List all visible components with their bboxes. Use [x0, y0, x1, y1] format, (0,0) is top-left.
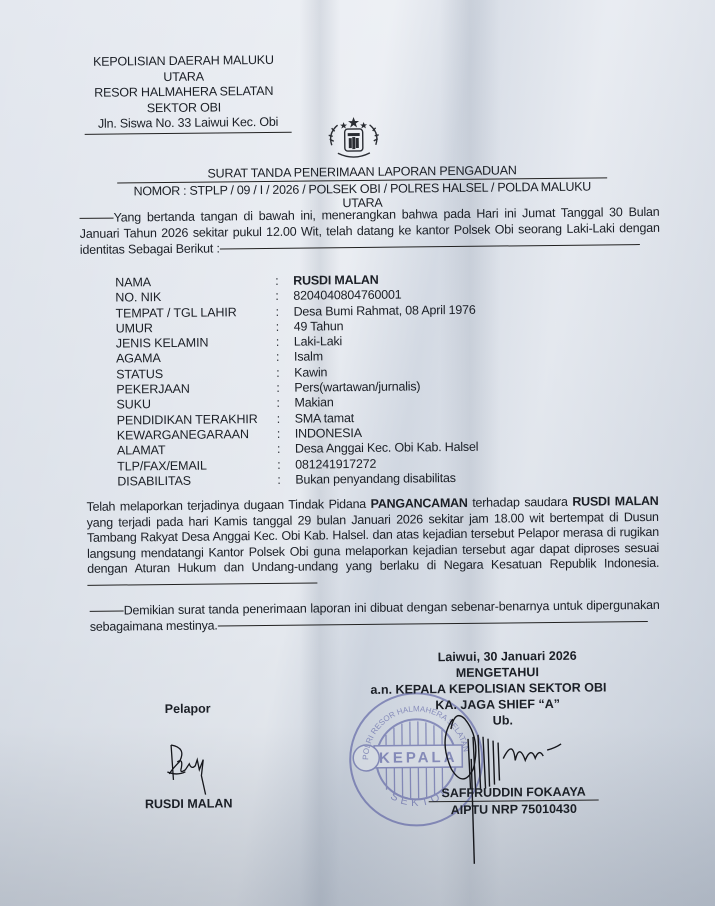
- reporter-name: RUSDI MALAN: [139, 796, 239, 811]
- identity-value: INDONESIA: [295, 426, 362, 442]
- identity-value: 49 Tahun: [294, 319, 344, 335]
- dash-line: [90, 611, 124, 612]
- identity-colon: :: [277, 427, 295, 442]
- reporter-signature: [163, 740, 214, 801]
- identity-colon: :: [276, 335, 294, 350]
- dash-line: [80, 218, 114, 219]
- intro-text: Yang bertanda tangan di bawah ini, mener…: [80, 205, 660, 257]
- letterhead: KEPOLISIAN DAERAH MALUKU UTARA RESOR HAL…: [76, 53, 292, 135]
- closing-paragraph: Demikian surat tanda penerimaan laporan …: [90, 597, 660, 635]
- identity-colon: :: [275, 274, 293, 289]
- victim-name: RUSDI MALAN: [572, 494, 658, 509]
- letterhead-address: Jln. Siswa No. 33 Laiwui Kec. Obi: [84, 115, 291, 135]
- document: KEPOLISIAN DAERAH MALUKU UTARA RESOR HAL…: [0, 0, 715, 906]
- letterhead-line-1: KEPOLISIAN DAERAH MALUKU UTARA: [76, 53, 291, 86]
- identity-value: Pers(wartawan/jurnalis): [294, 379, 420, 396]
- on-behalf-label: a.n. KEPALA KEPOLISIAN SEKTOR OBI: [370, 679, 622, 698]
- identity-colon: :: [276, 396, 294, 411]
- identity-value: Makian: [294, 396, 333, 412]
- report-text-1: Telah melaporkan terjadinya dugaan Tinda…: [87, 497, 371, 514]
- identity-label: TEMPAT / TGL LAHIR: [115, 304, 275, 321]
- identity-label: KEWARGANEGARAAN: [117, 427, 277, 444]
- identity-table: NAMA:RUSDI MALANNO. NIK:8204040804760001…: [115, 272, 479, 490]
- identity-label: JENIS KELAMIN: [116, 335, 276, 352]
- identity-label: AGAMA: [116, 350, 276, 367]
- identity-label: PENDIDIKAN TERAKHIR: [117, 412, 277, 429]
- stamp-center-text: KEPALA: [379, 749, 458, 767]
- identity-colon: :: [276, 350, 294, 365]
- officer-name: SAFFRUDDIN FOKAAYA: [429, 784, 599, 803]
- crime-type: PANGANCAMAN: [371, 496, 468, 511]
- identity-colon: :: [276, 320, 294, 335]
- ub-label: Ub.: [373, 711, 623, 730]
- identity-value: RUSDI MALAN: [293, 273, 378, 289]
- identity-colon: :: [277, 457, 295, 472]
- reporter-role: Pelapor: [138, 701, 238, 716]
- identity-label: DISABILITAS: [117, 473, 277, 490]
- identity-row: DISABILITAS:Bukan penyandang disabilitas: [117, 471, 478, 490]
- officer-rank: AIPTU NRP 75010430: [429, 801, 599, 819]
- identity-label: SUKU: [116, 396, 276, 413]
- police-emblem-icon: [321, 115, 385, 164]
- identity-colon: :: [275, 289, 293, 304]
- identity-value: 8204040804760001: [293, 288, 401, 304]
- closing-text: Demikian surat tanda penerimaan laporan …: [90, 598, 660, 634]
- identity-value: Desa Bumi Rahmat, 08 April 1976: [293, 302, 475, 319]
- report-text-3: yang terjadi pada hari Kamis tanggal 29 …: [87, 509, 660, 575]
- identity-value: Laki-Laki: [294, 334, 342, 350]
- dash-line: [218, 621, 648, 627]
- identity-value: Kawin: [294, 365, 327, 381]
- identity-value: SMA tamat: [295, 411, 355, 427]
- identity-value: Desa Anggai Kec. Obi Kab. Halsel: [295, 440, 478, 457]
- identity-value: Isalm: [294, 350, 323, 366]
- identity-label: PEKERJAAN: [116, 381, 276, 398]
- identity-value: Bukan penyandang disabilitas: [295, 471, 456, 488]
- identity-value: 081241917272: [295, 456, 376, 472]
- signature-block-officer: Laiwui, 30 Januari 2026 MENGETAHUI a.n. …: [372, 647, 623, 730]
- letterhead-line-2: RESOR HALMAHERA SELATAN: [76, 84, 291, 102]
- identity-colon: :: [277, 442, 295, 457]
- identity-colon: :: [277, 411, 295, 426]
- report-paragraph: Telah melaporkan terjadinya dugaan Tinda…: [87, 494, 660, 593]
- identity-colon: :: [276, 381, 294, 396]
- officer-name-block: SAFFRUDDIN FOKAAYA AIPTU NRP 75010430: [429, 784, 599, 819]
- identity-label: STATUS: [116, 366, 276, 383]
- signature-block-reporter: Pelapor RUSDI MALAN: [138, 701, 238, 716]
- intro-paragraph: Yang bertanda tangan di bawah ini, mener…: [79, 204, 659, 258]
- identity-label: NO. NIK: [115, 289, 275, 306]
- identity-label: NAMA: [115, 274, 275, 291]
- identity-colon: :: [277, 473, 295, 488]
- identity-label: TLP/FAX/EMAIL: [117, 457, 277, 474]
- identity-colon: :: [275, 304, 293, 319]
- identity-label: ALAMAT: [117, 442, 277, 459]
- dash-line: [220, 244, 640, 249]
- identity-label: UMUR: [116, 320, 276, 337]
- report-text-2: terhadap saudara: [468, 495, 573, 510]
- identity-colon: :: [276, 365, 294, 380]
- dash-line: [87, 582, 317, 585]
